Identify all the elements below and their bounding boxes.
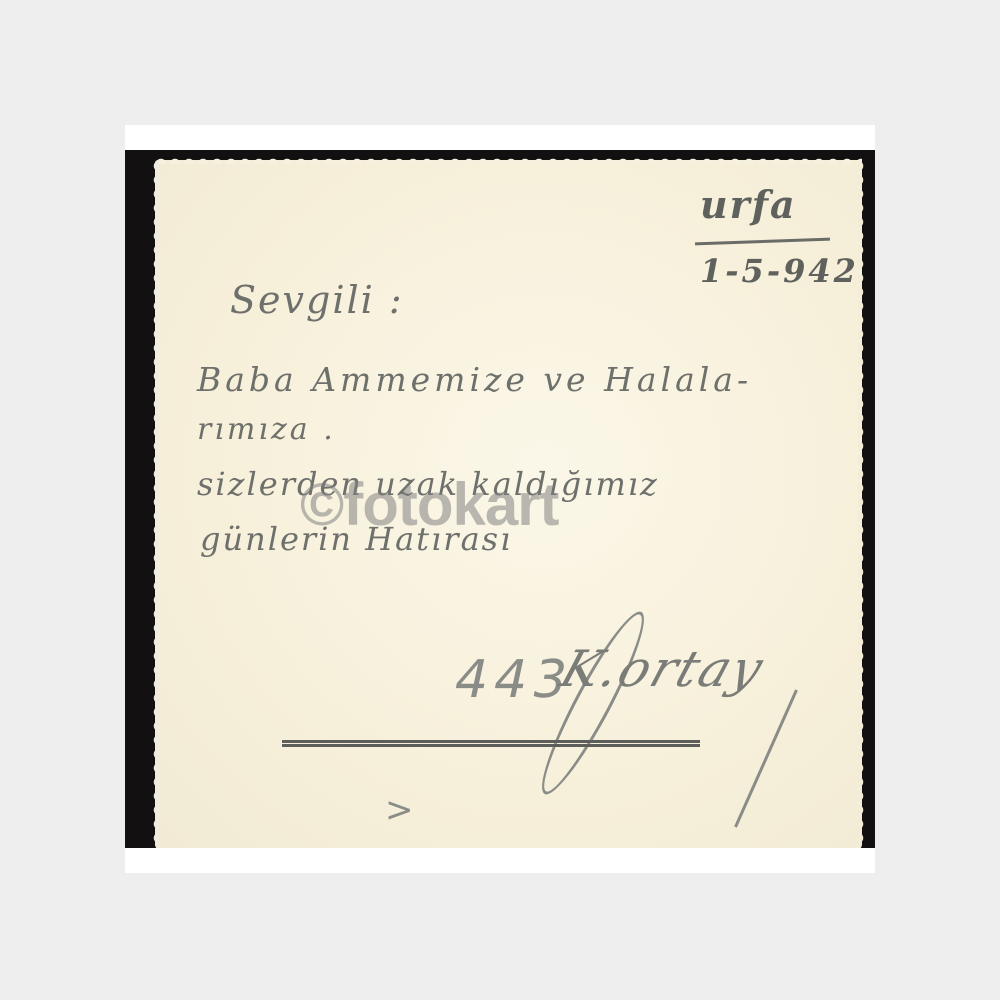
inscription-line: rımıza .	[197, 412, 336, 447]
inscription-line: Baba Ammemize ve Halala-	[197, 360, 752, 399]
inscription-line: günlerin Hatırası	[200, 520, 512, 558]
place-name: urfa	[700, 182, 797, 227]
arrow-mark: >	[385, 790, 414, 830]
inscription-line: sizlerden uzak kaldığımız	[197, 465, 659, 503]
place-underline	[695, 238, 830, 246]
salutation-text: Sevgili :	[230, 278, 404, 322]
date-text: 1-5-942	[700, 252, 859, 290]
signature-tail	[734, 689, 798, 827]
signature: K.ortay	[554, 640, 772, 698]
photo-card-back: urfa 1-5-942 Sevgili : Baba Ammemize ve …	[155, 160, 862, 848]
deckle-edge	[151, 160, 159, 848]
double-underline	[282, 740, 700, 747]
